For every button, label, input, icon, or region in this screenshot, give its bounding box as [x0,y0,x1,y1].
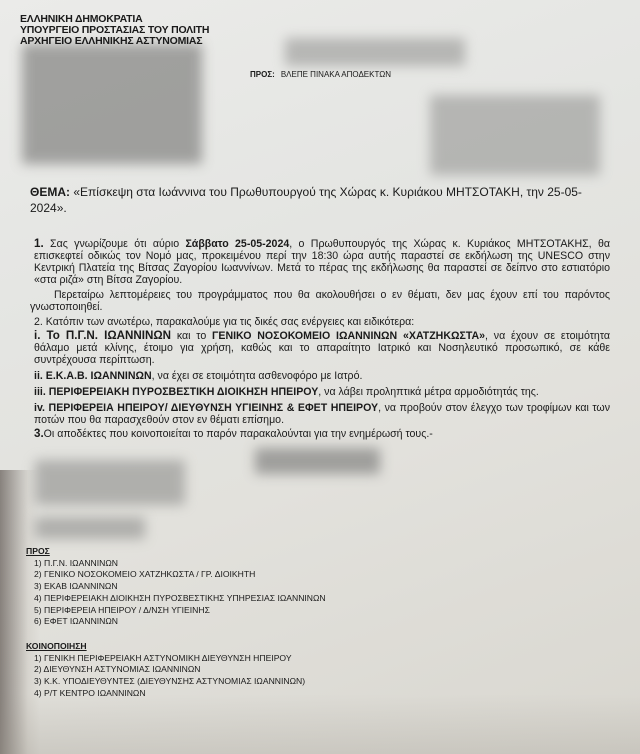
letterhead-line: ΑΡΧΗΓΕΙΟ ΕΛΛΗΝΙΚΗΣ ΑΣΤΥΝΟΜΙΑΣ [20,36,209,47]
redacted-signature-left-2 [35,517,145,539]
list-item: 3) ΕΚΑΒ ΙΩΑΝΝΙΝΩΝ [26,581,326,593]
list-item: 5) ΠΕΡΙΦΕΡΕΙΑ ΗΠΕΙΡΟΥ / Δ/ΝΣΗ ΥΓΙΕΙΝΗΣ [26,605,326,617]
list-item: 4) ΠΕΡΙΦΕΡΕΙΑΚΗ ΔΙΟΙΚΗΣΗ ΠΥΡΟΣΒΕΣΤΙΚΗΣ Υ… [26,593,326,605]
list-item: 2) ΔΙΕΥΘΥΝΣΗ ΑΣΤΥΝΟΜΙΑΣ ΙΩΑΝΝΙΝΩΝ [26,664,305,676]
redacted-header-block [22,44,202,164]
recipients-title: ΠΡΟΣ [26,546,326,558]
recipient-reference: ΠΡΟΣ:ΒΛΕΠΕ ΠΙΝΑΚΑ ΑΠΟΔΕΚΤΩΝ [250,70,391,79]
paragraph-2: 2. Κατόπιν των ανωτέρω, παρακαλούμε για … [30,316,610,328]
paragraph-3: 3.Οι αποδέκτες που κοινοποιείται το παρό… [30,428,610,440]
recipient-label: ΠΡΟΣ: [250,70,275,79]
redacted-signature-left [35,460,185,505]
item-ii: ii. Ε.Κ.Α.Β. ΙΩΑΝΝΙΝΩΝ, να έχει σε ετοιμ… [30,370,610,382]
subject-text: «Επίσκεψη στα Ιωάννινα του Πρωθυπουργού … [30,185,582,215]
list-item: 3) Κ.Κ. ΥΠΟΔΙΕΥΘΥΝΤΕΣ (ΔΙΕΥΘΥΝΣΗΣ ΑΣΤΥΝΟ… [26,676,305,688]
item-iii: iii. ΠΕΡΙΦΕΡΕΙΑΚΗ ΠΥΡΟΣΒΕΣΤΙΚΗ ΔΙΟΙΚΗΣΗ … [30,386,610,398]
list-item: 4) Ρ/Τ ΚΕΝΤΡΟ ΙΩΑΝΝΙΝΩΝ [26,688,305,700]
recipients-list: ΠΡΟΣ 1) Π.Γ.Ν. ΙΩΑΝΝΙΝΩΝ 2) ΓΕΝΙΚΟ ΝΟΣΟΚ… [26,546,326,628]
subject-label: ΘΕΜΑ: [30,185,70,199]
page-shadow [0,694,640,754]
cc-title: ΚΟΙΝΟΠΟΙΗΣΗ [26,641,305,653]
paragraph-1b: Περεταίρω λεπτομέρειες του προγράμματος … [30,289,610,313]
paragraph-1: 1. Σας γνωρίζουμε ότι αύριο Σάββατο 25-0… [30,238,610,286]
redacted-signature [255,448,380,474]
redacted-date-block [430,95,600,175]
document-body: 1. Σας γνωρίζουμε ότι αύριο Σάββατο 25-0… [30,238,610,440]
item-i: i. Το Π.Γ.Ν. ΙΩΑΝΝΙΝΩΝ και το ΓΕΝΙΚΟ ΝΟΣ… [30,330,610,366]
list-item: 6) ΕΦΕΤ ΙΩΑΝΝΙΝΩΝ [26,616,326,628]
cc-list: ΚΟΙΝΟΠΟΙΗΣΗ 1) ΓΕΝΙΚΗ ΠΕΡΙΦΕΡΕΙΑΚΗ ΑΣΤΥΝ… [26,641,305,700]
list-item: 2) ΓΕΝΙΚΟ ΝΟΣΟΚΟΜΕΙΟ ΧΑΤΖΗΚΩΣΤΑ / ΓΡ. ΔΙ… [26,569,326,581]
letterhead: ΕΛΛΗΝΙΚΗ ΔΗΜΟΚΡΑΤΙΑ ΥΠΟΥΡΓΕΙΟ ΠΡΟΣΤΑΣΙΑΣ… [20,14,209,47]
redacted-top-right [285,38,465,66]
list-item: 1) Π.Γ.Ν. ΙΩΑΝΝΙΝΩΝ [26,558,326,570]
list-item: 1) ΓΕΝΙΚΗ ΠΕΡΙΦΕΡΕΙΑΚΗ ΑΣΤΥΝΟΜΙΚΗ ΔΙΕΥΘΥ… [26,653,305,665]
item-iv: iv. ΠΕΡΙΦΕΡΕΙΑ ΗΠΕΙΡΟΥ/ ΔΙΕΥΘΥΝΣΗ ΥΓΙΕΙΝ… [30,402,610,426]
subject-line: ΘΕΜΑ: «Επίσκεψη στα Ιωάννινα του Πρωθυπο… [30,184,590,216]
recipient-value: ΒΛΕΠΕ ΠΙΝΑΚΑ ΑΠΟΔΕΚΤΩΝ [281,70,391,79]
